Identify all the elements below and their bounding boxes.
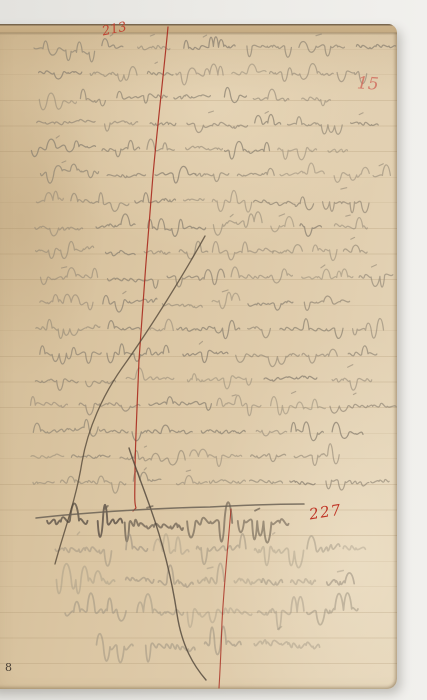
- handwriting-line: [356, 44, 395, 48]
- handwriting-line: [302, 97, 331, 106]
- handwriting-line-diacritic: [199, 341, 202, 344]
- handwriting-line: [39, 93, 76, 110]
- handwriting-line-lower: [254, 640, 319, 649]
- handwriting-line: [149, 397, 212, 410]
- handwriting-line: [102, 140, 140, 156]
- handwriting-line: [250, 480, 283, 484]
- handwriting-line-diacritic: [279, 214, 285, 216]
- handwriting-line-lower: [126, 577, 154, 583]
- handwriting-line: [373, 165, 390, 177]
- handwriting-line: [371, 480, 389, 483]
- handwriting-line-diacritic: [353, 393, 356, 394]
- handwriting-line: [150, 122, 176, 125]
- heading-line: [98, 505, 123, 537]
- handwriting-line-lower: [55, 547, 111, 566]
- handwriting-line: [41, 268, 98, 285]
- handwriting-line-diacritic: [230, 214, 233, 216]
- handwriting-line: [196, 173, 229, 182]
- handwriting-line: [348, 346, 377, 356]
- handwriting-line-diacritic: [359, 113, 363, 115]
- handwriting-line: [177, 476, 208, 485]
- handwriting-line: [248, 301, 293, 310]
- handwriting-line: [155, 166, 195, 183]
- handwriting-line: [138, 46, 170, 50]
- handwriting-line: [147, 139, 174, 151]
- handwriting-line-lower: [255, 546, 304, 567]
- handwriting-line-diacritic: [144, 446, 146, 447]
- handwriting-line-lower: [126, 534, 148, 551]
- handwriting-line-lower: [198, 563, 224, 583]
- handwriting-line: [248, 327, 271, 338]
- handwriting-line: [105, 121, 138, 131]
- handwriting-line-lower: [97, 634, 134, 663]
- handwriting-line: [334, 218, 367, 229]
- handwriting-line-lower-diacritic: [207, 567, 213, 568]
- handwriting-line: [36, 320, 100, 339]
- handwriting-line-lower: [262, 579, 283, 585]
- handwriting-line: [71, 193, 129, 212]
- handwriting-line-lower: [205, 626, 241, 654]
- handwriting-line: [35, 226, 83, 236]
- handwriting-line: [231, 267, 292, 283]
- handwriting-line: [270, 64, 334, 82]
- handwriting-line: [190, 449, 242, 466]
- handwriting-line: [79, 403, 140, 415]
- handwriting-line: [271, 397, 326, 415]
- handwriting-line: [255, 114, 281, 124]
- handwriting-line-lower-diacritic: [338, 571, 344, 572]
- handwriting-line: [359, 274, 393, 287]
- handwriting-line: [187, 374, 251, 389]
- handwriting-line: [107, 344, 169, 363]
- handwriting-line: [225, 141, 270, 159]
- handwriting-line: [33, 482, 54, 485]
- heading-line: [187, 502, 232, 541]
- handwriting-line: [106, 251, 136, 256]
- handwriting-line-diacritic: [321, 265, 325, 268]
- handwriting-line: [334, 167, 369, 182]
- handwriting-line: [174, 95, 211, 99]
- handwriting-line-diacritic: [222, 290, 228, 292]
- handwriting-line: [294, 444, 339, 466]
- handwriting-line-diacritic: [62, 161, 66, 163]
- handwriting-line: [31, 139, 95, 156]
- handwriting-line: [278, 147, 317, 159]
- handwriting-line-lower: [158, 565, 193, 587]
- handwriting-line: [36, 191, 63, 202]
- handwriting-line: [351, 122, 379, 125]
- handwriting-line-lower: [56, 564, 114, 594]
- handwriting-line: [288, 117, 343, 135]
- handwriting-line: [300, 224, 322, 236]
- annotation-ink-number-corner: 8: [5, 661, 12, 674]
- handwriting-line: [144, 251, 170, 255]
- handwriting-line: [271, 217, 294, 232]
- handwriting-line: [184, 37, 235, 50]
- handwriting-line-diacritic: [232, 395, 236, 396]
- handwriting-line: [35, 379, 78, 390]
- handwriting-line: [183, 350, 228, 362]
- handwriting-line: [328, 149, 348, 152]
- handwriting-line: [135, 193, 176, 203]
- handwriting-line: [343, 245, 367, 253]
- handwriting-line-lower: [234, 579, 261, 585]
- handwriting-line: [253, 89, 289, 101]
- handwriting-line-diacritic: [379, 164, 383, 166]
- handwriting-line-diacritic: [155, 62, 157, 63]
- handwriting-line-diacritic: [56, 136, 59, 138]
- handwriting-line: [290, 481, 315, 485]
- handwriting-line: [332, 378, 372, 390]
- handwriting-layer: [0, 0, 427, 700]
- handwriting-line-diacritic: [351, 237, 355, 239]
- handwriting-line-diacritic: [292, 392, 296, 394]
- handwriting-line: [213, 212, 262, 235]
- handwriting-line-diacritic: [203, 35, 206, 37]
- scan-background: 213 15 227 8: [0, 0, 427, 700]
- handwriting-line-diacritic: [341, 188, 347, 189]
- handwriting-line: [212, 292, 240, 308]
- handwriting-line-lower: [65, 593, 126, 621]
- handwriting-line: [201, 430, 245, 434]
- handwriting-line: [40, 294, 93, 309]
- handwriting-line: [254, 197, 314, 210]
- handwriting-line: [224, 87, 246, 102]
- handwriting-line-diacritic: [62, 267, 67, 268]
- handwriting-line: [147, 71, 173, 75]
- red-proofreading-line-1: [133, 27, 168, 511]
- handwriting-line-lower: [307, 593, 358, 625]
- handwriting-line: [186, 146, 223, 150]
- handwriting-line-diacritic: [209, 111, 214, 113]
- handwriting-line-diacritic: [372, 265, 377, 267]
- handwriting-line: [96, 214, 135, 228]
- handwriting-lower-block: [55, 532, 365, 662]
- handwriting-line-diacritic: [265, 112, 268, 114]
- annotation-red-number-margin: 15: [356, 73, 379, 94]
- handwriting-line: [280, 163, 324, 176]
- handwriting-line-diacritic: [123, 291, 126, 293]
- handwriting-line: [313, 245, 337, 260]
- handwriting-line-diacritic: [346, 215, 350, 216]
- handwriting-line: [120, 451, 185, 465]
- handwriting-line: [162, 304, 202, 308]
- handwriting-line: [184, 199, 204, 201]
- handwriting-line-lower-diacritic: [77, 532, 79, 534]
- handwriting-line: [41, 164, 99, 183]
- handwriting-line-lower-diacritic: [273, 533, 275, 534]
- handwriting-line: [187, 122, 248, 132]
- handwriting-body-block: [31, 34, 397, 493]
- handwriting-line: [273, 245, 303, 253]
- handwriting-line: [176, 64, 223, 85]
- handwriting-line: [107, 174, 145, 178]
- handwriting-line-lower: [343, 546, 365, 550]
- handwriting-line: [108, 278, 159, 288]
- handwriting-line-diacritic: [316, 34, 321, 36]
- handwriting-line: [247, 45, 291, 57]
- handwriting-line: [212, 191, 251, 212]
- handwriting-line: [212, 242, 273, 260]
- handwriting-line: [80, 89, 105, 106]
- handwriting-line: [61, 476, 126, 493]
- handwriting-line: [103, 295, 157, 312]
- handwriting-line: [40, 346, 101, 364]
- handwriting-line-lower: [307, 536, 340, 552]
- heading-line-diacritic: [255, 509, 259, 511]
- handwriting-line: [108, 321, 140, 330]
- handwriting-line: [117, 91, 167, 103]
- handwriting-line: [37, 119, 95, 124]
- handwriting-line: [302, 349, 337, 363]
- handwriting-line-lower: [258, 597, 304, 630]
- handwriting-line-diacritic: [186, 470, 190, 471]
- handwriting-line: [126, 368, 174, 380]
- handwriting-line: [256, 430, 286, 436]
- heading-line: [125, 520, 183, 542]
- handwriting-line-lower: [327, 573, 355, 585]
- handwriting-line: [90, 67, 137, 82]
- handwriting-line: [39, 71, 82, 79]
- handwriting-line: [251, 454, 286, 462]
- handwriting-line: [34, 41, 95, 62]
- handwriting-line: [102, 39, 123, 49]
- handwriting-line: [264, 376, 317, 381]
- handwriting-line: [209, 480, 245, 484]
- handwriting-line: [302, 269, 353, 279]
- handwriting-line: [167, 269, 224, 287]
- handwriting-line: [299, 42, 345, 56]
- handwriting-line: [332, 422, 363, 438]
- handwriting-line: [291, 422, 323, 441]
- handwriting-line: [36, 241, 94, 258]
- handwriting-line: [353, 319, 384, 339]
- handwriting-line: [323, 201, 369, 212]
- handwriting-line-lower: [153, 534, 188, 554]
- handwriting-line: [326, 480, 369, 490]
- handwriting-line: [304, 296, 349, 310]
- handwriting-line: [31, 397, 68, 408]
- handwriting-line: [236, 354, 300, 367]
- handwriting-line: [71, 455, 110, 458]
- handwriting-line-diacritic: [144, 468, 146, 470]
- handwriting-line: [100, 429, 129, 433]
- handwriting-line-lower: [187, 608, 251, 627]
- handwriting-line: [132, 425, 192, 441]
- handwriting-line: [177, 321, 240, 339]
- handwriting-line: [31, 454, 64, 458]
- handwriting-line: [217, 395, 261, 415]
- handwriting-line: [330, 403, 396, 413]
- handwriting-line: [280, 319, 343, 339]
- handwriting-line: [232, 64, 266, 75]
- handwriting-line: [237, 168, 274, 176]
- handwriting-line-lower: [291, 579, 316, 585]
- handwriting-line-diacritic: [348, 365, 353, 368]
- handwriting-line-diacritic: [150, 35, 154, 37]
- handwriting-line: [148, 219, 206, 237]
